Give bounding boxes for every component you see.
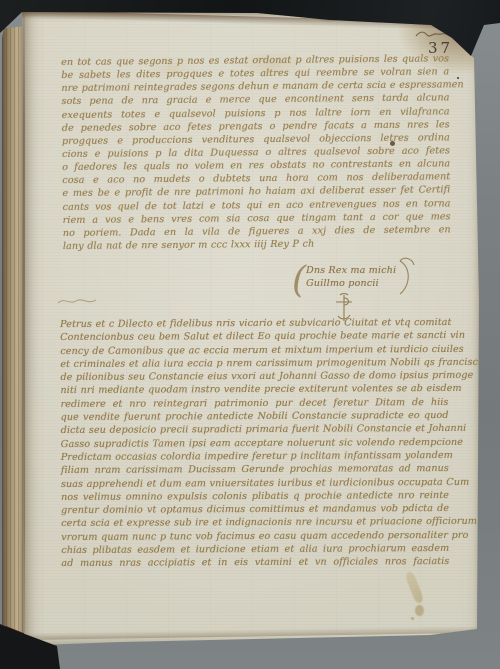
chancery-bracket-left-icon: ( [292, 260, 306, 301]
ink-blot [390, 141, 395, 146]
wax-drip-stain [401, 571, 435, 623]
wax-drip-body [404, 570, 424, 604]
chancery-note-line: Dns Rex ma michi [306, 265, 396, 276]
page-edge-stack [2, 26, 25, 644]
wax-drip-dot [411, 617, 414, 620]
book-photo: 37 en tot cas que segons p nos es estat … [0, 0, 500, 669]
manuscript-line: filiam nram carissimam Ducissam Gerunde … [61, 462, 449, 477]
chancery-note-line: Guillmo poncii [306, 278, 379, 289]
text-block-2: Petrus et c Dilecto et fidelibus nris vi… [60, 316, 449, 571]
margin-squiggle-icon [56, 292, 104, 311]
manuscript-line: ad manus nras accipiatis et in eis vtami… [61, 555, 449, 570]
manuscript-page: 37 en tot cas que segons p nos es estat … [0, 0, 500, 669]
chancery-bracket-right-icon [394, 256, 420, 302]
text-block-1: en tot cas que segons p nos es estat ord… [61, 52, 451, 253]
wax-drip-blob [415, 605, 424, 616]
fly-speck [457, 77, 459, 79]
